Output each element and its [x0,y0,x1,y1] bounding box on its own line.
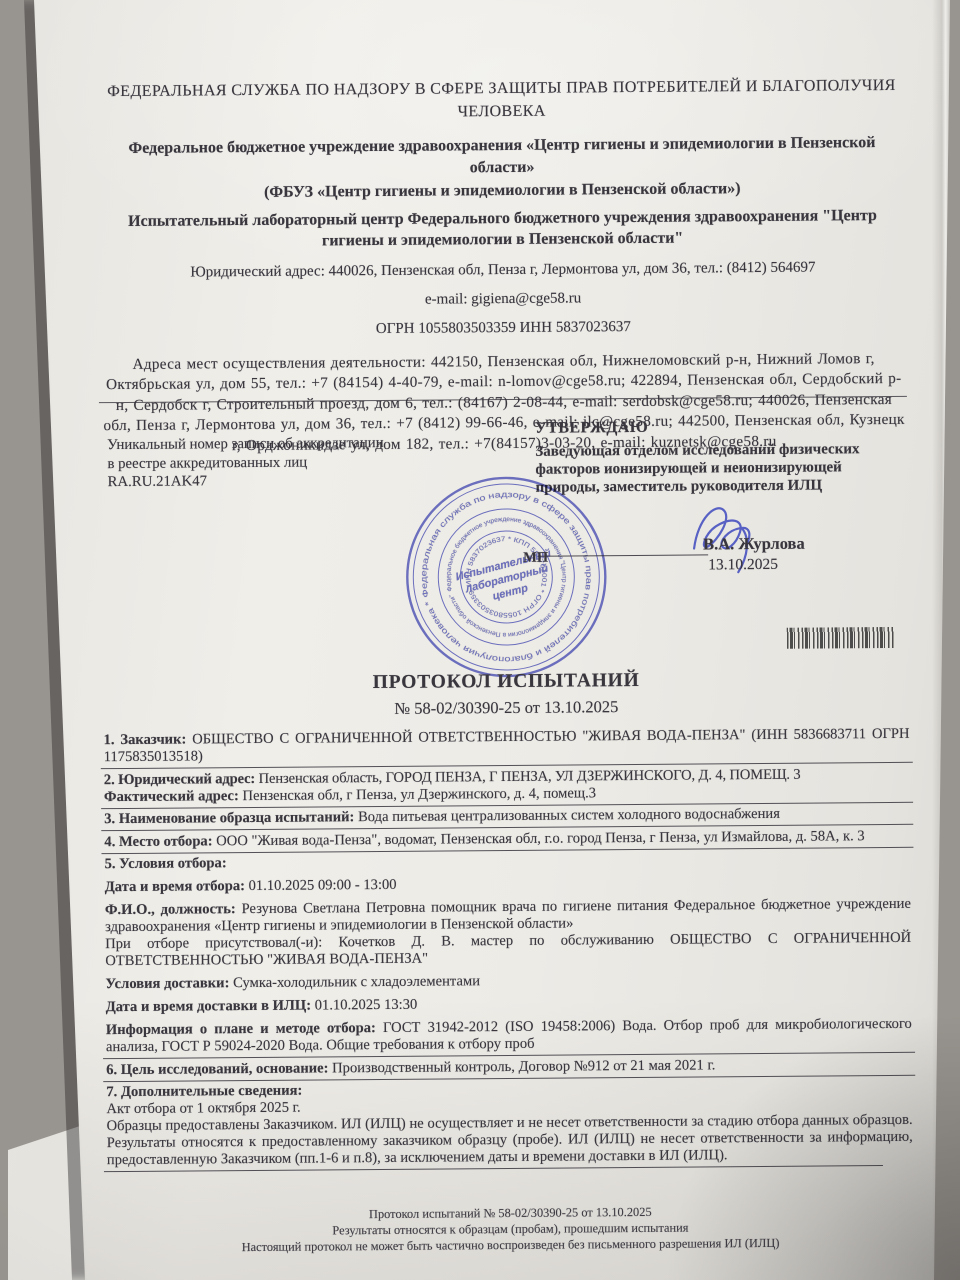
protocol-number: № 58-02/30390-25 от 13.10.2025 [103,695,909,721]
document-content: ФЕДЕРАЛЬНАЯ СЛУЖБА ПО НАДЗОРУ В СФЕРЕ ЗА… [98,0,914,1280]
protocol-page: ФЕДЕРАЛЬНАЯ СЛУЖБА ПО НАДЗОРУ В СФЕРЕ ЗА… [0,0,960,1280]
field-value: При отборе присутствовал(-и): Кочетков Д… [105,930,911,969]
field-delivery-conditions: Условия доставки: Сумка-холодильник с хл… [105,970,911,993]
field-label: 2. Юридический адрес: [104,770,255,787]
field-customer: 1. Заказчик: ОБЩЕСТВО С ОГРАНИЧЕННОЙ ОТВ… [104,726,910,766]
field-label: 4. Место отбора: [104,833,212,850]
accreditation-line: Уникальный номер записи об аккредитации [107,434,417,455]
field-value: Пензенская обл, г Пенза, ул Дзержинского… [242,785,596,804]
field-delivery-datetime: Дата и время доставки в ИЛЦ: 01.10.2025 … [106,993,912,1016]
field-label: Информация о плане и методе отбора: [106,1020,376,1038]
field-value: 01.10.2025 13:30 [315,997,418,1014]
organization-full-name: Федеральное бюджетное учреждение здравоо… [124,132,880,181]
organization-short-name: (ФБУЗ «Центр гигиены и эпидемиологии в П… [99,177,905,205]
paper-right-edge [932,0,954,1280]
agency-name: ФЕДЕРАЛЬНАЯ СЛУЖБА ПО НАДЗОРУ В СФЕРЕ ЗА… [98,75,904,126]
accreditation-number: RA.RU.21AK47 [107,471,417,492]
field-value: ОБЩЕСТВО С ОГРАНИЧЕННОЙ ОТВЕТСТВЕННОСТЬЮ… [104,726,910,765]
field-sampler: Ф.И.О., должность: Резунова Светлана Пет… [105,896,912,970]
document-header: ФЕДЕРАЛЬНАЯ СЛУЖБА ПО НАДЗОРУ В СФЕРЕ ЗА… [98,0,908,457]
protocol-title: ПРОТОКОЛ ИСПЫТАНИЙ [103,668,909,696]
signature-line [538,554,708,556]
email-line: e-mail: gigiena@cge58.ru [100,286,906,311]
field-label: 6. Цель исследований, основание: [106,1060,328,1078]
page-footer: Протокол испытаний № 58-02/30390-25 от 1… [107,1203,913,1257]
field-sampling-method: Информация о плане и методе отбора: ГОСТ… [106,1016,912,1056]
field-value: Сумка-холодильник с хладоэлементами [233,973,480,991]
protocol-fields: 1. Заказчик: ОБЩЕСТВО С ОГРАНИЧЕННОЙ ОТВ… [104,726,913,1175]
testing-lab-center-name: Испытательный лабораторный центр Федерал… [107,204,897,253]
approval-title: УТВЕРЖДАЮ [535,416,907,439]
section5-heading: 5. Условия отбора: [104,850,910,873]
barcode [787,627,894,649]
photo-of-document: ФЕДЕРАЛЬНАЯ СЛУЖБА ПО НАДЗОРУ В СФЕРЕ ЗА… [0,0,960,1280]
field-label: 1. Заказчик: [104,732,187,749]
approver-name: В.А. Журлова [703,534,805,555]
field-value: Вода питьевая централизованных систем хо… [358,806,780,825]
accreditation-line: в реестре аккредитованных лиц [107,452,417,473]
legal-address-line: Юридический адрес: 440026, Пензенская об… [100,257,906,282]
field-label: Условия доставки: [105,975,229,992]
field-label: Фактический адрес: [104,788,239,805]
field-value: Пензенская область, ГОРОД ПЕНЗА, Г ПЕНЗА… [259,766,801,786]
field-value: 01.10.2025 09:00 - 13:00 [249,877,397,894]
field-label: 3. Наименование образца испытаний: [104,809,354,827]
field-value: Производственный контроль, Договор №912 … [332,1057,715,1076]
approval-date: 13.10.2025 [708,556,778,575]
field-value: ООО "Живая вода-Пенза", водомат, Пензенс… [216,828,865,849]
stamp-place-label: МП [523,550,548,567]
accreditation-block: Уникальный номер записи об аккредитации … [107,434,417,492]
disclaimer-paragraph: Образцы предоставлены Заказчиком. ИЛ (ИЛ… [107,1112,913,1169]
field-label: Дата и время отбора: [105,878,245,895]
field-label: Дата и время доставки в ИЛЦ: [106,998,312,1016]
ogrn-inn-line: ОГРН 1055803503359 ИНН 5837023637 [100,315,906,340]
field-label: Ф.И.О., должность: [105,901,236,918]
field-sampling-datetime: Дата и время отбора: 01.10.2025 09:00 - … [105,873,911,896]
